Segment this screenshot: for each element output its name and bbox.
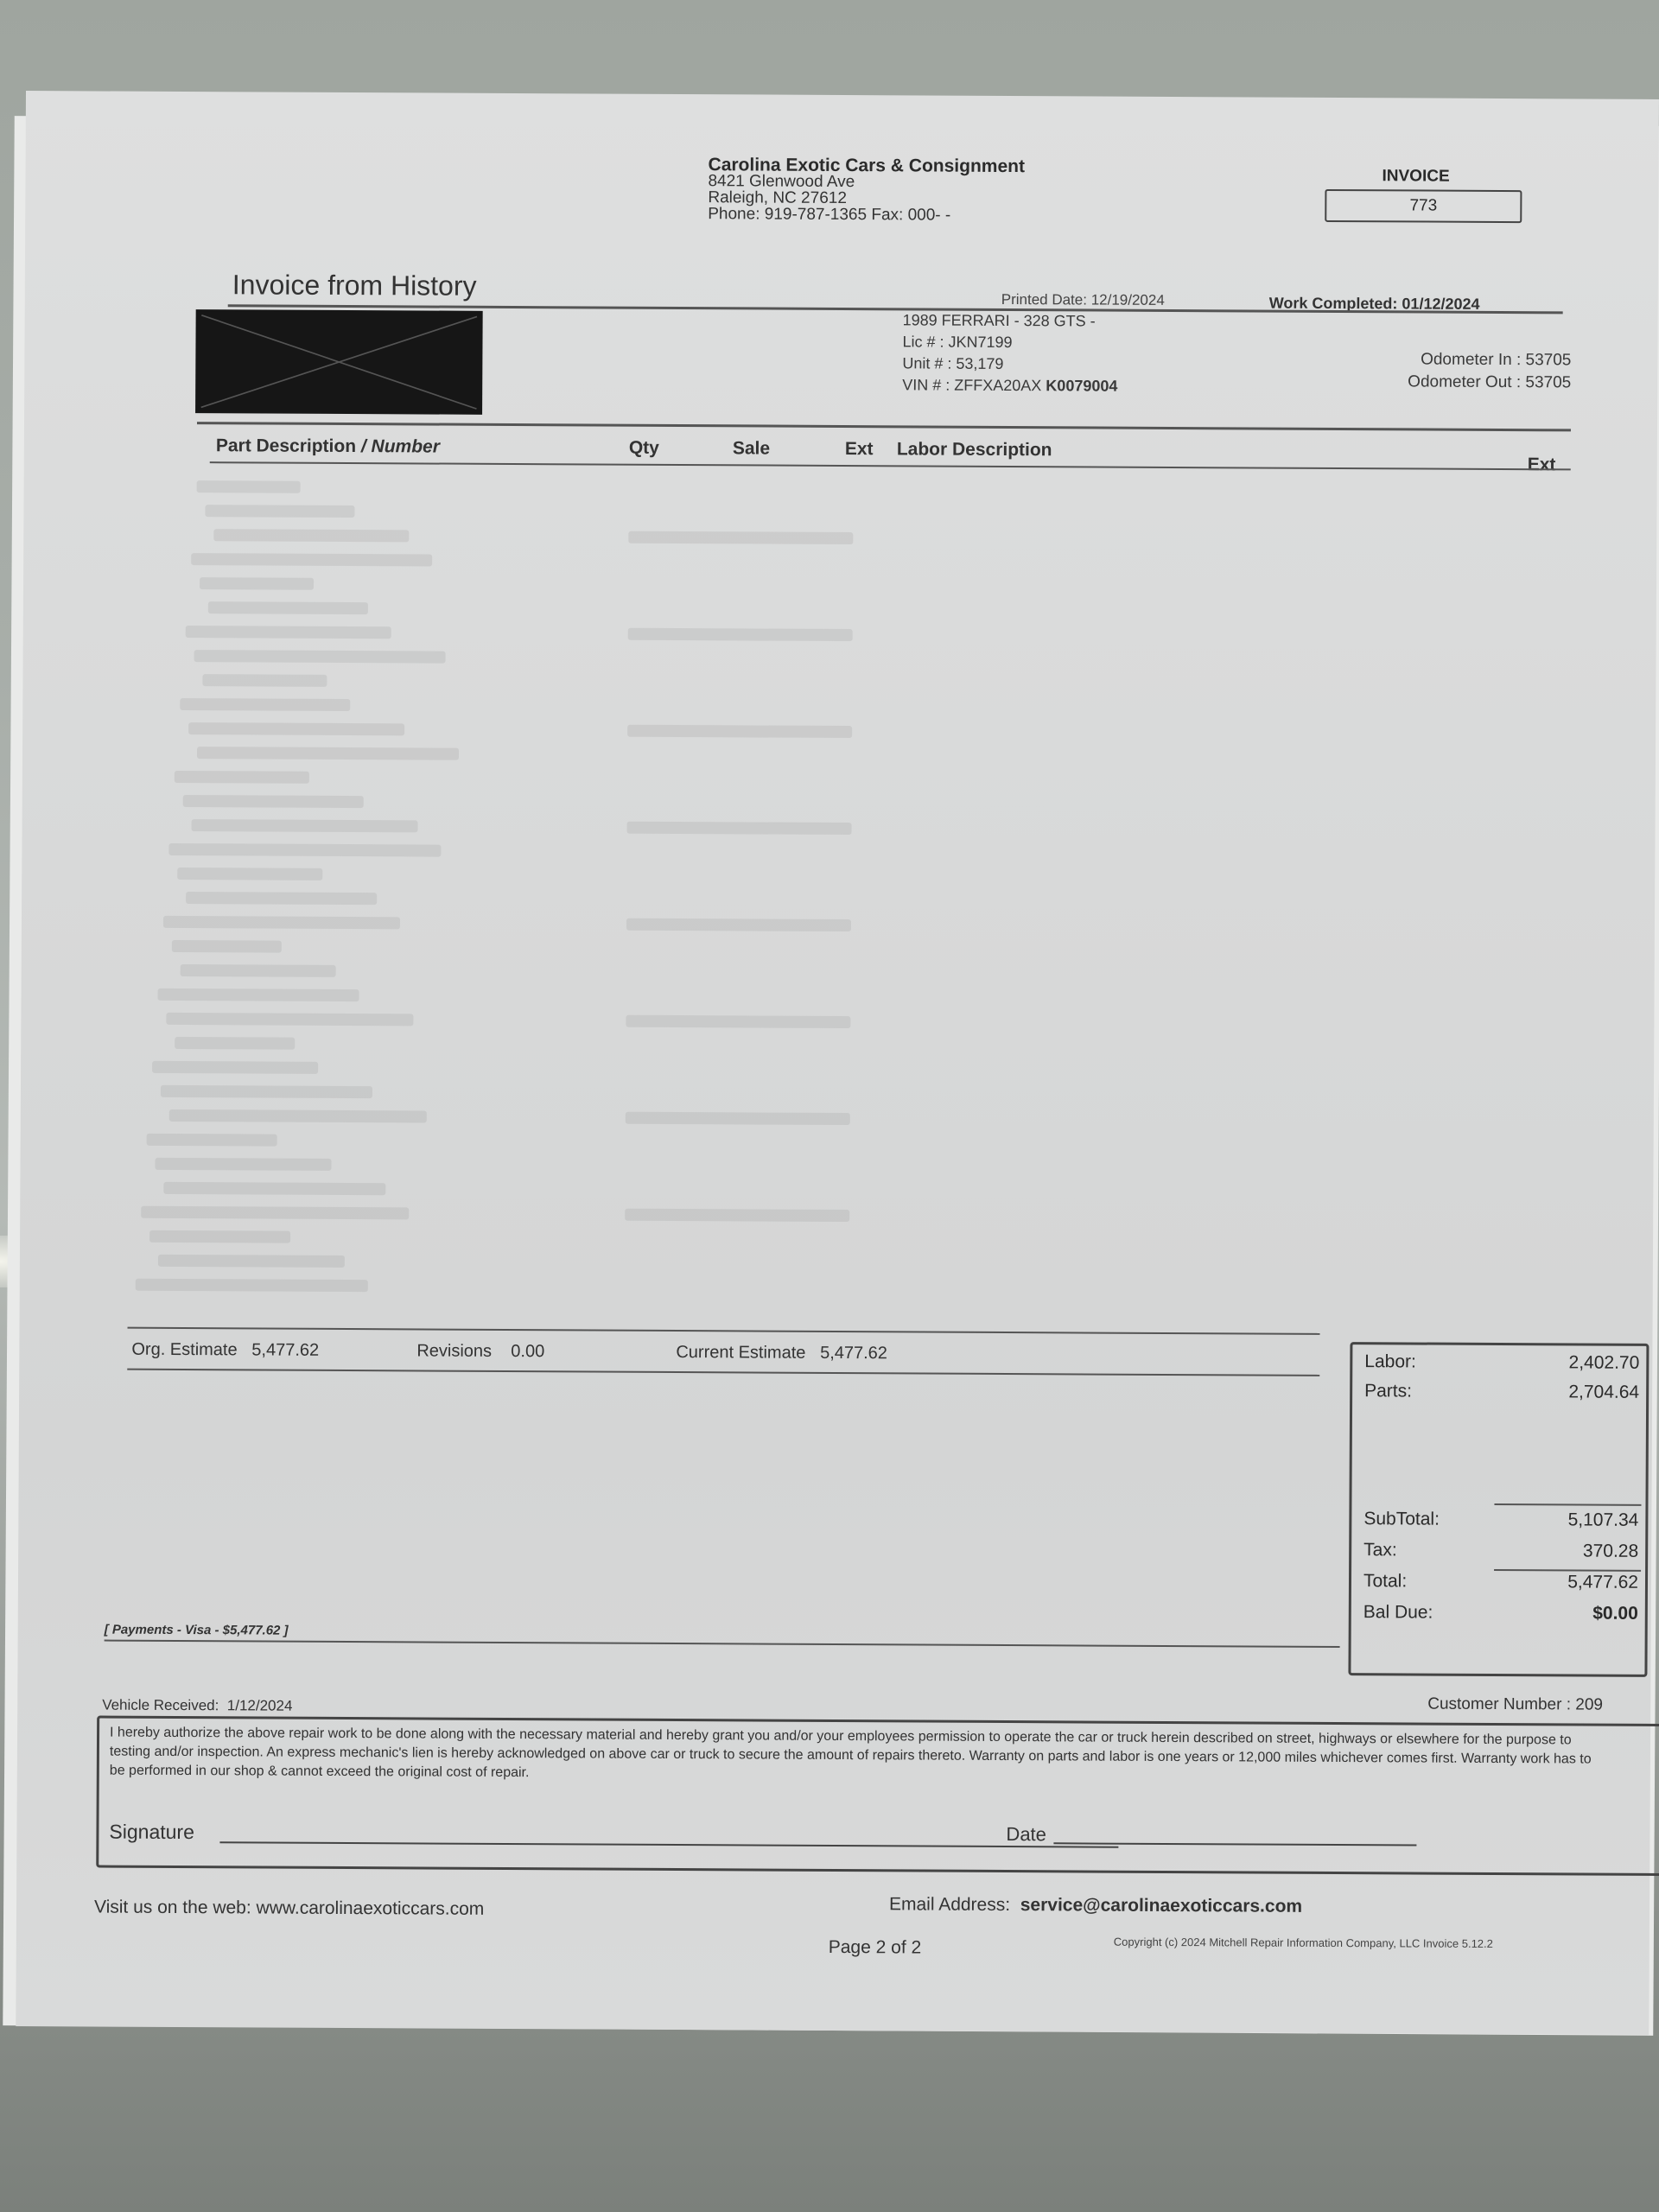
faded-text-line: [197, 747, 459, 760]
faded-text-line: [166, 1013, 413, 1026]
faded-text-line: [163, 916, 400, 929]
authorization-text: I hereby authorize the above repair work…: [110, 1724, 1605, 1789]
date-label: Date: [1006, 1823, 1046, 1846]
faded-text-line: [161, 1085, 372, 1098]
vin-value: ZFFXA20AX: [954, 377, 1041, 395]
faded-amount: [626, 1015, 850, 1028]
revisions-label: Revisions: [416, 1341, 492, 1360]
redaction-cross-icon: [195, 309, 483, 415]
faded-text-line: [208, 601, 368, 614]
col-qty: Qty: [629, 438, 659, 459]
odometer-in: Odometer In : 53705: [1329, 348, 1571, 372]
printed-date: Printed Date: 12/19/2024: [1001, 291, 1165, 309]
printed-date-value: 12/19/2024: [1091, 292, 1165, 308]
vehicle-divider: [197, 422, 1571, 431]
faded-text-line: [191, 553, 432, 566]
revisions: Revisions 0.00: [416, 1341, 544, 1362]
odometer-in-value: 53705: [1526, 351, 1572, 369]
faded-text-line: [175, 771, 309, 784]
org-estimate: Org. Estimate 5,477.62: [131, 1340, 319, 1361]
faded-text-line: [186, 892, 377, 905]
faded-text-line: [147, 1134, 277, 1147]
vehicle-vin: VIN # : ZFFXA20AX K0079004: [902, 374, 1117, 397]
payment-note: [ Payments - Visa - $5,477.62 ]: [105, 1623, 289, 1638]
totals-box: Labor: 2,402.70 Parts: 2,704.64 SubTotal…: [1348, 1342, 1649, 1677]
page-title: Invoice from History: [232, 269, 477, 302]
faded-line-items: [26, 91, 1659, 99]
tax-label: Tax:: [1363, 1540, 1397, 1560]
faded-amount: [627, 822, 852, 835]
faded-text-line: [169, 1109, 427, 1123]
faded-text-line: [213, 529, 409, 542]
faded-text-line: [158, 1255, 345, 1268]
col-part-description: Part Description / Number: [216, 435, 440, 457]
website-footer: Visit us on the web: www.carolinaexoticc…: [94, 1897, 484, 1919]
faded-amount: [626, 1112, 850, 1125]
faded-text-line: [197, 480, 301, 493]
faded-text-line: [202, 674, 327, 687]
vehicle-license: Lic # : JKN7199: [902, 331, 1117, 353]
faded-text-line: [175, 1037, 295, 1050]
estimate-top-divider: [128, 1327, 1320, 1335]
estimate-bottom-divider: [127, 1369, 1319, 1376]
printed-date-label: Printed Date:: [1001, 291, 1087, 308]
odometer-info: Odometer In : 53705 Odometer Out : 53705: [1329, 348, 1571, 394]
faded-text-line: [192, 819, 418, 832]
vehicle-description: 1989 FERRARI - 328 GTS -: [903, 309, 1118, 332]
faded-text-line: [152, 1061, 318, 1074]
faded-text-line: [200, 577, 314, 590]
faded-amount: [628, 628, 853, 641]
balance-due-label: Bal Due:: [1363, 1602, 1433, 1623]
subtotal: SubTotal: 5,107.34: [1363, 1509, 1638, 1531]
tax: Tax: 370.28: [1363, 1540, 1638, 1562]
labor-label: Labor:: [1364, 1351, 1416, 1372]
subtotal-divider: [1494, 1503, 1641, 1506]
payment-divider: [105, 1640, 1340, 1648]
authorization-box: I hereby authorize the above repair work…: [96, 1716, 1659, 1877]
email-label: Email Address:: [889, 1894, 1010, 1915]
subtotal-value: 5,107.34: [1568, 1510, 1639, 1530]
faded-text-line: [183, 795, 364, 808]
labor-value: 2,402.70: [1569, 1352, 1640, 1373]
faded-text-line: [149, 1230, 290, 1243]
page-number: Page 2 of 2: [829, 1937, 922, 1959]
faded-text-line: [186, 626, 391, 639]
invoice-page: Carolina Exotic Cars & Consignment 8421 …: [16, 91, 1659, 2035]
company-header: Carolina Exotic Cars & Consignment 8421 …: [708, 156, 1025, 224]
faded-text-line: [205, 505, 354, 518]
vehicle-info: 1989 FERRARI - 328 GTS - Lic # : JKN7199…: [902, 309, 1118, 397]
subtotal-label: SubTotal:: [1363, 1509, 1440, 1529]
balance-due: Bal Due: $0.00: [1363, 1602, 1638, 1624]
current-estimate-label: Current Estimate: [676, 1343, 805, 1363]
col-sale: Sale: [733, 438, 770, 459]
unit-label: Unit # :: [902, 354, 951, 372]
faded-text-line: [158, 988, 359, 1001]
org-estimate-label: Org. Estimate: [131, 1340, 237, 1360]
labor-total: Labor: 2,402.70: [1364, 1351, 1639, 1374]
odometer-out-value: 53705: [1525, 373, 1571, 391]
col-labor-ext: Ext: [1528, 454, 1556, 475]
total-value: 5,477.62: [1567, 1572, 1638, 1592]
balance-due-value: $0.00: [1592, 1604, 1638, 1624]
faded-text-line: [163, 1182, 385, 1195]
parts-value: 2,704.64: [1568, 1382, 1639, 1402]
faded-text-line: [141, 1206, 409, 1220]
company-phone-fax: Phone: 919-787-1365 Fax: 000- -: [708, 206, 1025, 224]
invoice-number: 773: [1325, 189, 1522, 223]
total: Total: 5,477.62: [1363, 1571, 1638, 1593]
vehicle-received-value: 1/12/2024: [227, 1697, 293, 1713]
invoice-label: INVOICE: [1382, 167, 1449, 186]
vehicle-unit: Unit # : 53,179: [902, 353, 1117, 375]
license-label: Lic # :: [902, 333, 944, 350]
faded-amount: [627, 725, 852, 738]
odometer-in-label: Odometer In :: [1421, 351, 1521, 370]
faded-text-line: [194, 650, 446, 664]
email-footer: Email Address: service@carolinaexoticcar…: [889, 1894, 1302, 1917]
odometer-out: Odometer Out : 53705: [1329, 371, 1571, 394]
faded-text-line: [168, 843, 441, 857]
vehicle-received: Vehicle Received: 1/12/2024: [102, 1697, 292, 1715]
faded-text-line: [188, 722, 404, 735]
signature-line[interactable]: [219, 1841, 1118, 1847]
license-value: JKN7199: [949, 334, 1013, 351]
email-value: service@carolinaexoticcars.com: [1020, 1895, 1302, 1916]
parts-label: Parts:: [1364, 1381, 1412, 1402]
columns-divider: [210, 461, 1571, 470]
faded-text-line: [136, 1279, 368, 1292]
parts-total: Parts: 2,704.64: [1364, 1381, 1639, 1403]
copyright: Copyright (c) 2024 Mitchell Repair Infor…: [1114, 1935, 1493, 1950]
tax-value: 370.28: [1583, 1541, 1638, 1562]
vehicle-received-label: Vehicle Received:: [102, 1697, 219, 1714]
vin-label: VIN # :: [902, 376, 950, 393]
col-part-description-label: Part Description: [216, 435, 356, 456]
total-label: Total:: [1363, 1571, 1407, 1592]
faded-text-line: [155, 1158, 331, 1171]
redacted-block: [195, 309, 483, 415]
col-ext: Ext: [845, 439, 874, 460]
col-labor-description: Labor Description: [897, 439, 1052, 461]
current-estimate: Current Estimate 5,477.62: [676, 1343, 887, 1363]
faded-text-line: [181, 964, 336, 977]
col-part-number-label: / Number: [361, 436, 440, 456]
faded-text-line: [180, 698, 350, 711]
org-estimate-value: 5,477.62: [251, 1340, 319, 1359]
signature-label: Signature: [109, 1821, 194, 1845]
vin-serial: K0079004: [1046, 377, 1117, 394]
revisions-value: 0.00: [511, 1342, 544, 1361]
faded-amount: [628, 531, 853, 544]
faded-amount: [625, 1209, 849, 1222]
customer-number: Customer Number : 209: [1427, 1695, 1603, 1715]
current-estimate-value: 5,477.62: [820, 1344, 887, 1363]
odometer-out-label: Odometer Out :: [1408, 372, 1521, 391]
faded-text-line: [172, 940, 282, 953]
unit-value: 53,179: [956, 355, 1003, 372]
faded-amount: [626, 918, 851, 931]
faded-text-line: [177, 868, 322, 880]
